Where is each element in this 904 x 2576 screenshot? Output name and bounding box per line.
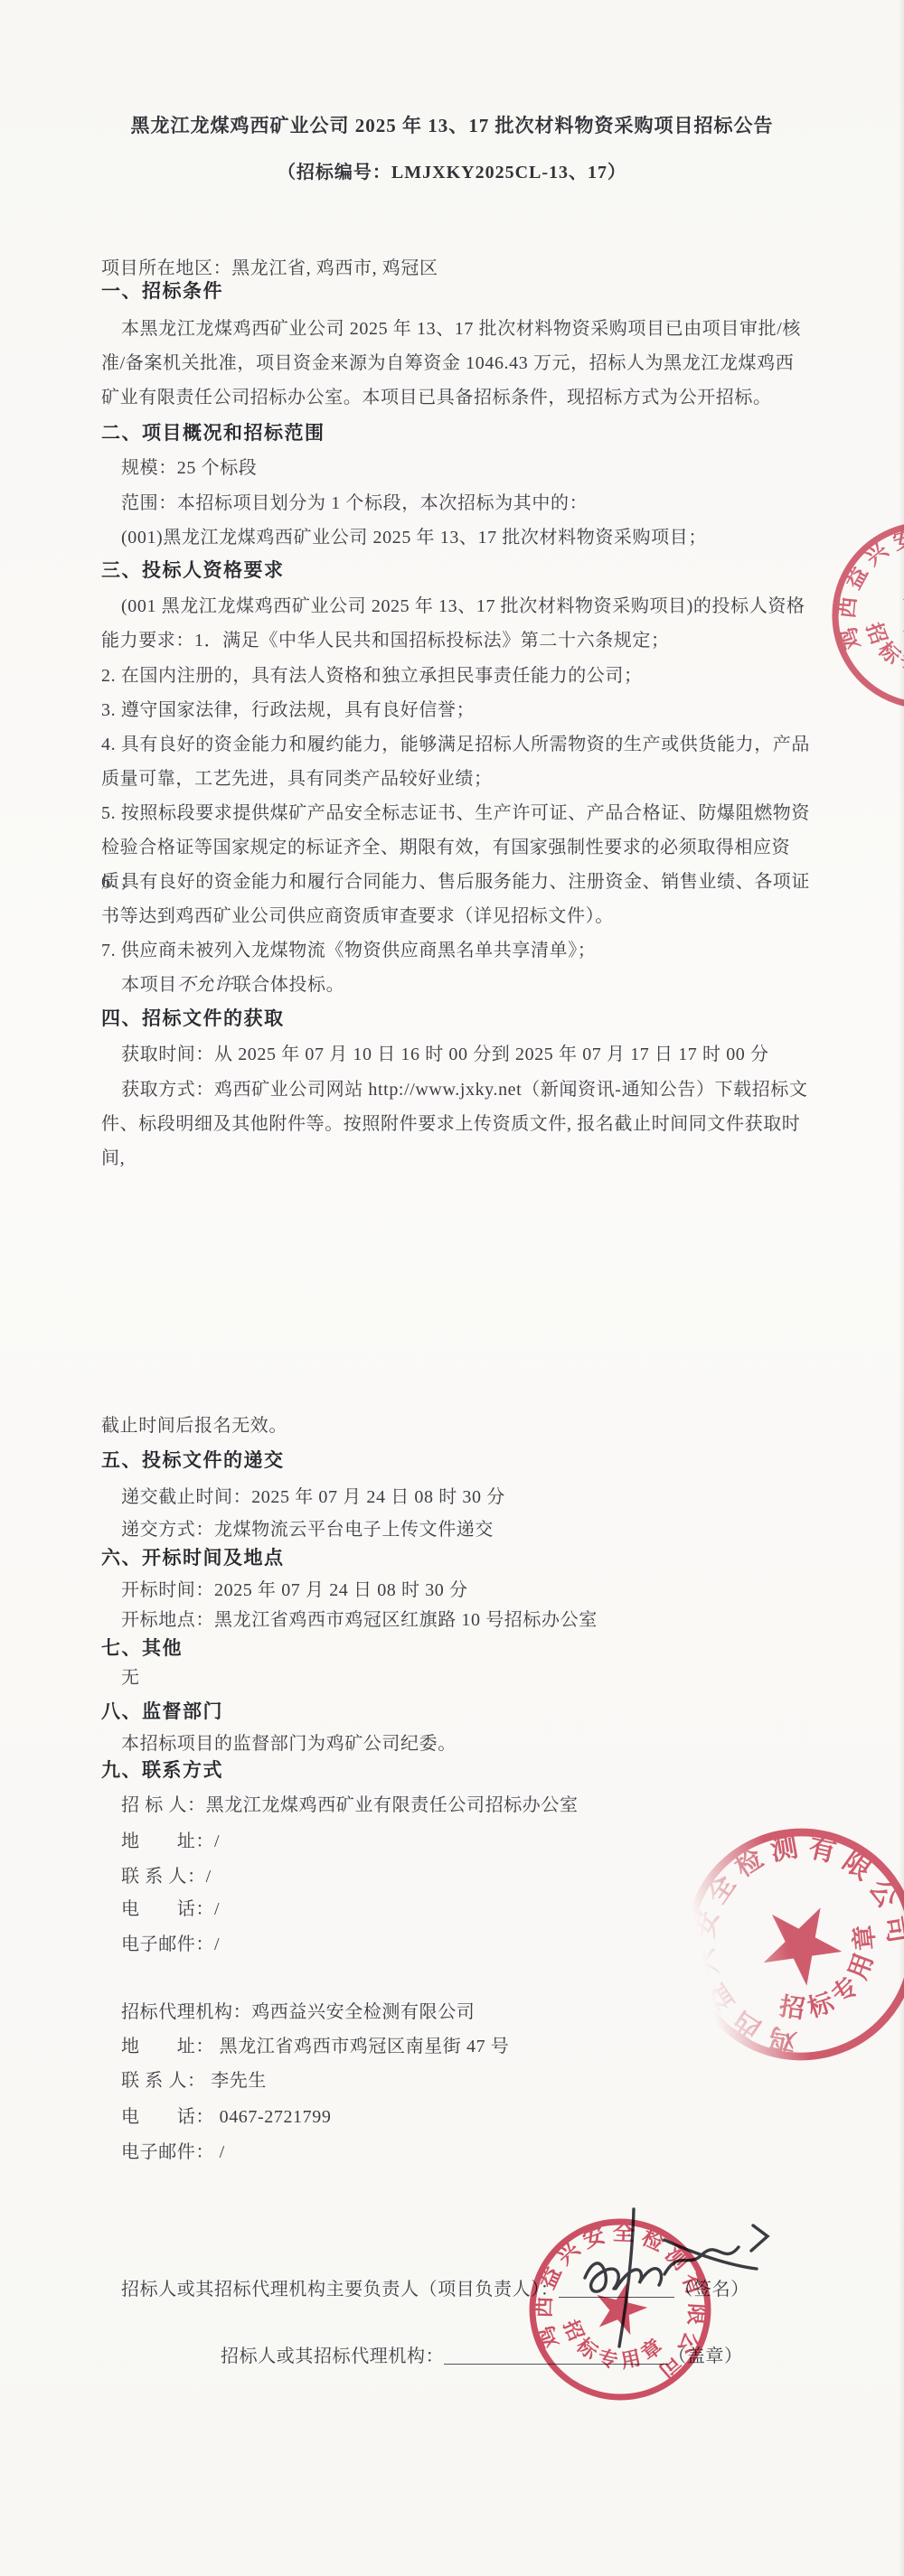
paragraph-line: (001 黑龙江龙煤鸡西矿业公司 2025 年 13、17 批次材料物资采购项目… <box>101 589 812 658</box>
svg-text:检: 检 <box>638 2225 668 2257</box>
section-heading: 一、招标条件 <box>101 275 812 309</box>
signature-label: 招标人或其招标代理机构： <box>221 2347 444 2366</box>
paragraph-line: 电 话：/ <box>101 1892 812 1926</box>
paragraph-line: 2. 在国内注册的，具有法人资格和独立承担民事责任能力的公司； <box>101 659 812 693</box>
paragraph-line: 电子邮件：/ <box>101 1927 812 1962</box>
svg-text:用: 用 <box>843 1950 880 1983</box>
emphasized-text: 不允许 <box>177 975 233 995</box>
svg-text:鸡: 鸡 <box>836 624 866 653</box>
paragraph-line: 无 <box>101 1661 812 1695</box>
paragraph-line: 7. 供应商未被列入龙煤物流《物资供应商黑名单共享清单》； <box>101 933 812 968</box>
scanned-tender-announcement-page: 黑龙江龙煤鸡西矿业公司 2025 年 13、17 批次材料物资采购项目招标公告（… <box>0 0 904 2576</box>
section-heading: 九、联系方式 <box>101 1754 812 1788</box>
paragraph-line: 递交截止时间：2025 年 07 月 24 日 08 时 30 分 <box>101 1480 812 1514</box>
svg-text:西: 西 <box>834 595 861 620</box>
svg-text:全: 全 <box>612 2220 635 2246</box>
paragraph-line: 招标代理机构：鸡西益兴安全检测有限公司 <box>101 1995 812 2029</box>
signature-blank-line <box>559 2279 674 2298</box>
svg-text:招: 招 <box>862 620 891 648</box>
text-run: 本项目 <box>121 975 177 995</box>
paragraph-line: 联 系 人： 李先生 <box>101 2064 812 2098</box>
signature-line: 招标人或其招标代理机构：（盖章） <box>221 2339 805 2374</box>
paragraph-line: 电 话： 0467-2721799 <box>101 2100 812 2134</box>
section-heading: 六、开标时间及地点 <box>101 1541 812 1576</box>
paragraph-line: 地 址： 黑龙江省鸡西市鸡冠区南星街 47 号 <box>101 2029 812 2064</box>
paragraph-line: 规模：25 个标段 <box>101 451 812 485</box>
section-heading: 四、招标文件的获取 <box>101 1002 812 1036</box>
signature-line: 招标人或其招标代理机构主要负责人（项目负责人）：（签名） <box>101 2272 812 2307</box>
svg-text:专: 专 <box>826 1971 865 2009</box>
svg-text:安: 安 <box>579 2222 608 2253</box>
paragraph-line: 获取时间：从 2025 年 07 月 10 日 16 时 00 分到 2025 … <box>101 1037 812 1072</box>
svg-text:章: 章 <box>848 1924 880 1952</box>
paragraph-line: 3. 遵守国家法律，行政法规，具有良好信誉； <box>101 693 812 727</box>
doc-title: 黑龙江龙煤鸡西矿业公司 2025 年 13、17 批次材料物资采购项目招标公告 <box>0 108 904 143</box>
scan-edge-shadow <box>899 0 904 2576</box>
svg-text:兴: 兴 <box>862 539 894 571</box>
paragraph-line: 范围：本招标项目划分为 1 个标段，本次招标为其中的： <box>101 486 812 520</box>
svg-text:限: 限 <box>837 1846 877 1886</box>
paragraph-line: 联 系 人：/ <box>101 1859 812 1894</box>
signature-suffix: （签名） <box>674 2280 749 2300</box>
paragraph-line: 本黑龙江龙煤鸡西矿业公司 2025 年 13、17 批次材料物资采购项目已由项目… <box>101 312 812 415</box>
paragraph-line: 地 址：/ <box>101 1824 812 1859</box>
svg-text:公: 公 <box>863 1874 903 1913</box>
section-heading: 八、监督部门 <box>101 1695 812 1729</box>
paragraph-line: 4. 具有良好的资金能力和履约能力，能够满足招标人所需物资的生产或供货能力，产品… <box>101 727 812 796</box>
section-heading: 二、项目概况和招标范围 <box>101 417 812 451</box>
section-heading: 三、投标人资格要求 <box>101 554 812 588</box>
paragraph-line: 6. 具有良好的资金能力和履行合同能力、售后服务能力、注册资金、销售业绩、各项证… <box>101 865 812 933</box>
doc-subtitle: （招标编号：LMJXKY2025CL-13、17） <box>0 155 904 190</box>
paragraph-line: 本项目不允许联合体投标。 <box>101 968 812 1002</box>
section-heading: 五、投标文件的递交 <box>101 1444 812 1478</box>
company-seal-bottom: 鸡西益兴安全检测有限公司招标专用章 <box>505 2195 735 2429</box>
signature-blank-line <box>444 2346 668 2365</box>
company-seal-right-upper: 鸡西益兴安全检测有限公司招标专用章 <box>808 498 904 737</box>
svg-text:测: 测 <box>661 2243 693 2275</box>
signature-suffix: （盖章） <box>668 2347 742 2366</box>
paragraph-line: (001)黑龙江龙煤鸡西矿业公司 2025 年 13、17 批次材料物资采购项目… <box>101 520 812 555</box>
paragraph-line: 获取方式：鸡西矿业公司网站 http://www.jxky.net（新闻资讯-通… <box>101 1073 812 1176</box>
paragraph-line: 电子邮件： / <box>101 2135 812 2169</box>
text-run: 联合体投标。 <box>233 975 345 995</box>
svg-text:益: 益 <box>841 562 873 593</box>
paragraph-line: 招 标 人：黑龙江龙煤鸡西矿业有限责任公司招标办公室 <box>101 1788 812 1822</box>
signature-label: 招标人或其招标代理机构主要负责人（项目负责人）： <box>121 2280 559 2300</box>
svg-text:兴: 兴 <box>552 2237 585 2270</box>
paragraph-line: 截止时间后报名无效。 <box>101 1409 812 1443</box>
